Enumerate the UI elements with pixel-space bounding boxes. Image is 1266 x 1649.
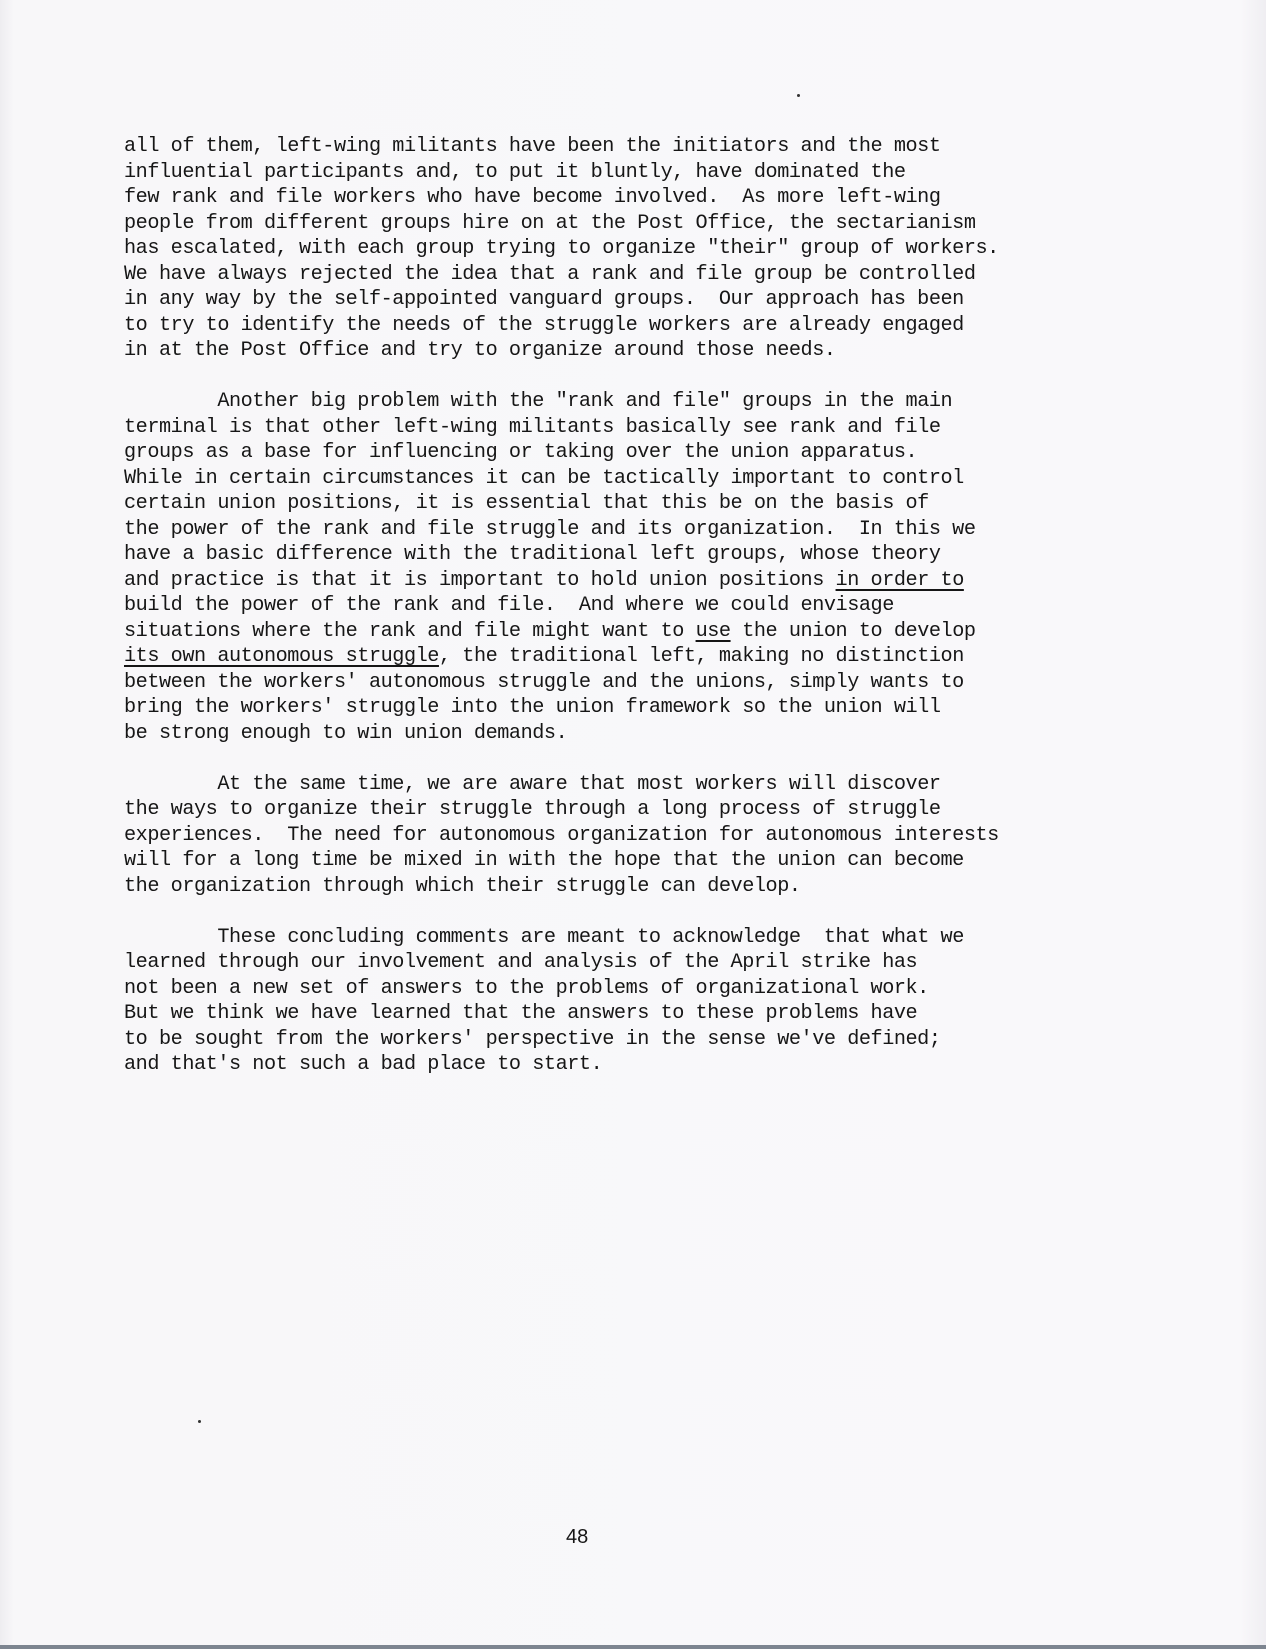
text-line-content: situations where the rank and file might…: [124, 620, 696, 643]
underlined-phrase: its own autonomous struggle: [124, 645, 439, 668]
text-line-content: , the traditional left, making no distin…: [439, 645, 964, 668]
scan-speck: [198, 1420, 201, 1423]
text-line: build the power of the rank and file. An…: [124, 593, 1124, 619]
text-line: bring the workers' struggle into the uni…: [124, 695, 1124, 721]
text-line: While in certain circumstances it can be…: [124, 466, 1124, 492]
scanned-page: all of them, left-wing militants have be…: [0, 0, 1266, 1649]
text-line: not been a new set of answers to the pro…: [124, 976, 1124, 1002]
paragraph-indent: [124, 773, 217, 796]
text-line: be strong enough to win union demands.: [124, 721, 1124, 747]
text-line: the ways to organize their struggle thro…: [124, 797, 1124, 823]
text-line: terminal is that other left-wing militan…: [124, 415, 1124, 441]
text-line: experiences. The need for autonomous org…: [124, 823, 1124, 849]
text-line-content: Another big problem with the "rank and f…: [217, 390, 952, 413]
paragraph-1: all of them, left-wing militants have be…: [124, 134, 1124, 364]
text-line: But we think we have learned that the an…: [124, 1001, 1124, 1027]
text-line: We have always rejected the idea that a …: [124, 262, 1124, 288]
page-number: 48: [566, 1526, 588, 1549]
text-line: its own autonomous struggle, the traditi…: [124, 644, 1124, 670]
text-line: the power of the rank and file struggle …: [124, 517, 1124, 543]
text-line: and that's not such a bad place to start…: [124, 1052, 1124, 1078]
text-line-content: These concluding comments are meant to a…: [217, 926, 964, 949]
underlined-word: use: [696, 620, 731, 643]
scan-bottom-edge: [0, 1645, 1266, 1649]
text-line: learned through our involvement and anal…: [124, 950, 1124, 976]
text-line: people from different groups hire on at …: [124, 211, 1124, 237]
text-line: situations where the rank and file might…: [124, 619, 1124, 645]
text-line: to try to identify the needs of the stru…: [124, 313, 1124, 339]
text-line-content: and practice is that it is important to …: [124, 569, 836, 592]
text-line: has escalated, with each group trying to…: [124, 236, 1124, 262]
paragraph-indent: [124, 926, 217, 949]
text-line: At the same time, we are aware that most…: [124, 772, 1124, 798]
scan-speck: [797, 94, 800, 97]
text-line: in any way by the self-appointed vanguar…: [124, 287, 1124, 313]
paragraph-2: Another big problem with the "rank and f…: [124, 389, 1124, 746]
text-line: groups as a base for influencing or taki…: [124, 440, 1124, 466]
text-line: all of them, left-wing militants have be…: [124, 134, 1124, 160]
text-line: and practice is that it is important to …: [124, 568, 1124, 594]
document-body: all of them, left-wing militants have be…: [124, 134, 1124, 1103]
text-line: Another big problem with the "rank and f…: [124, 389, 1124, 415]
paragraph-4: These concluding comments are meant to a…: [124, 925, 1124, 1078]
paragraph-3: At the same time, we are aware that most…: [124, 772, 1124, 900]
text-line: certain union positions, it is essential…: [124, 491, 1124, 517]
text-line: between the workers' autonomous struggle…: [124, 670, 1124, 696]
text-line: influential participants and, to put it …: [124, 160, 1124, 186]
text-line: few rank and file workers who have becom…: [124, 185, 1124, 211]
text-line-content: the union to develop: [731, 620, 976, 643]
text-line: to be sought from the workers' perspecti…: [124, 1027, 1124, 1053]
text-line-content: At the same time, we are aware that most…: [217, 773, 940, 796]
text-line: have a basic difference with the traditi…: [124, 542, 1124, 568]
text-line: These concluding comments are meant to a…: [124, 925, 1124, 951]
paragraph-indent: [124, 390, 217, 413]
text-line: in at the Post Office and try to organiz…: [124, 338, 1124, 364]
underlined-phrase: in order to: [836, 569, 964, 592]
text-line: the organization through which their str…: [124, 874, 1124, 900]
text-line: will for a long time be mixed in with th…: [124, 848, 1124, 874]
